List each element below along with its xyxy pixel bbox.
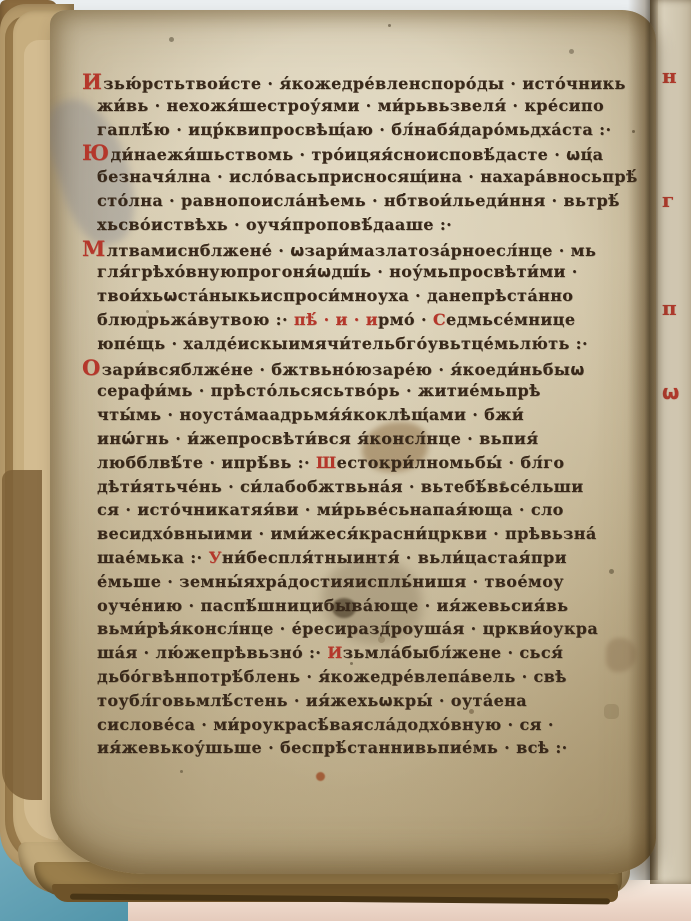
ink-text: тоубл́говьмлѣ́стень · ия́жехьѡкры́ · оут…: [97, 691, 527, 710]
ink-text: юпе́щь · халде́искыимячи́тельбго́увьтце́…: [97, 334, 588, 353]
manuscript-line: дѣти́ятьче́нь · си́лабобжтвьна́я · вьтеб…: [82, 475, 652, 499]
manuscript-line: ия́жевькоу́шьше · беспрѣ́станнивьпие́мь …: [82, 736, 652, 760]
ink-text: ни́беспля́тныинтя́ · вьли́цастая́при: [222, 548, 567, 567]
adjacent-page-red-letter: п: [662, 296, 677, 320]
adjacent-page-red-letter: н: [662, 64, 677, 88]
ink-text: ся · исто́чникатяя́ви · ми́рьве́сьнапая́…: [97, 500, 564, 519]
manuscript-line: инѡ́гнь · и́жепросвѣти́вся я́консл́нце ·…: [82, 427, 652, 451]
manuscript-line: шае́мька :· Уни́беспля́тныинтя́ · вьли́ц…: [82, 546, 652, 570]
manuscript-line: хьсво́иствѣхь · оучя́проповѣ́дааше :·: [82, 213, 652, 237]
rubric-text: Ш: [316, 453, 337, 472]
ink-text: сто́лна · равнопоисла́нѣемь · нб́твои́ль…: [97, 191, 620, 210]
ink-text: хьсво́иствѣхь · оучя́проповѣ́дааше :·: [97, 215, 452, 234]
rubric-text: пѣ́ · и · и: [294, 310, 378, 329]
ink-text: едмьсе́мнице: [446, 310, 575, 329]
rubric-initial: И: [82, 69, 102, 94]
page-fold-shadow: [628, 0, 658, 880]
manuscript-line: Озари́всяблже́не · бжтвьно́юзаре́ю · я́к…: [82, 356, 652, 380]
ink-text: серафи́мь · прѣсто́льсясьтво́рь · житие́…: [97, 381, 541, 400]
manuscript-line: Юди́наежя́шьствомь · тро́ицяя́сноисповѣ́…: [82, 141, 652, 165]
manuscript-line: юпе́щь · халде́искыимячи́тельбго́увьтце́…: [82, 332, 652, 356]
ink-text: дѣти́ятьче́нь · си́лабобжтвьна́я · вьтеб…: [97, 477, 583, 496]
manuscript-line: гаплѣ́ю · ицр́квипросвѣщ́аю · бл́набя́да…: [82, 118, 652, 142]
ink-text: весидхо́вныими · ими́жеся́красни́цркви ·…: [97, 524, 597, 543]
manuscript-line: вьми́рѣя́консл́нце · е́ресиразд́роуша́я …: [82, 617, 652, 641]
manuscript-line: серафи́мь · прѣсто́льсясьтво́рь · житие́…: [82, 379, 652, 403]
ink-text: дьбо́гвѣнпотрѣ́блень · я́кожедре́влепа́в…: [97, 667, 567, 686]
manuscript-line: е́мьше · земны́яхра́достияиспль́нишя · т…: [82, 570, 652, 594]
ink-text: блюдрьжа́вутвою :·: [97, 310, 294, 329]
ink-text: любблвѣ́те · ипрѣ́вь :·: [97, 453, 316, 472]
rubric-initial: Ю: [82, 140, 109, 165]
ink-text: зью́рстьтвои́сте · я́кожедре́вленспоро́д…: [103, 74, 626, 93]
manuscript-line: гля́грѣхо́внуюпрогоня́ѡдш́ь · ноу́мьпрос…: [82, 260, 652, 284]
ink-text: гля́грѣхо́внуюпрогоня́ѡдш́ь · ноу́мьпрос…: [97, 262, 578, 281]
manuscript-line: тоубл́говьмлѣ́стень · ия́жехьѡкры́ · оут…: [82, 689, 652, 713]
ink-text: вьми́рѣя́консл́нце · е́ресиразд́роуша́я …: [97, 619, 598, 638]
manuscript-line: сто́лна · равнопоисла́нѣемь · нб́твои́ль…: [82, 189, 652, 213]
manuscript-page: Изью́рстьтвои́сте · я́кожедре́вленспоро́…: [50, 10, 656, 874]
ink-text: ди́наежя́шьствомь · тро́ицяя́сноисповѣ́д…: [110, 145, 603, 164]
ink-text: рмо́ ·: [378, 310, 433, 329]
manuscript-line: жи́вь · нехожя́шестроу́ями · ми́рьвьзвел…: [82, 94, 652, 118]
ink-text: е́мьше · земны́яхра́достияиспль́нишя · т…: [97, 572, 564, 591]
manuscript-line: любблвѣ́те · ипрѣ́вь :· Шестокри́лномьбы…: [82, 451, 652, 475]
ink-text: оуче́нию · паспѣ́шницибыва́юще · ия́жевь…: [97, 596, 568, 615]
ink-text: ша́я · лю́жепрѣвьзно́ :·: [97, 643, 327, 662]
page-stack-layer: [2, 470, 42, 800]
ink-text: жи́вь · нехожя́шестроу́ями · ми́рьвьзвел…: [97, 96, 604, 115]
ink-text: шае́мька :·: [97, 548, 208, 567]
manuscript-line: блюдрьжа́вутвою :· пѣ́ · и · ирмо́ · Сед…: [82, 308, 652, 332]
manuscript-line: весидхо́вныими · ими́жеся́красни́цркви ·…: [82, 522, 652, 546]
adjacent-page-red-letter: ѡ: [662, 380, 679, 404]
manuscript-line: сислове́са · ми́роукрасѣ́ваясла́додхо́вн…: [82, 713, 652, 737]
manuscript-line: дьбо́гвѣнпотрѣ́блень · я́кожедре́влепа́в…: [82, 665, 652, 689]
manuscript-line: оуче́нию · паспѣ́шницибыва́юще · ия́жевь…: [82, 594, 652, 618]
ink-text: безначя́лна · исло́васьприсносящ́ина · н…: [97, 167, 638, 186]
manuscript-line: чты́мь · ноуста́маадрьмя́я́коклѣщ́ами · …: [82, 403, 652, 427]
ink-text: зьмла́быбл́жене · сься́: [343, 643, 563, 662]
manuscript-line: безначя́лна · исло́васьприсносящ́ина · н…: [82, 165, 652, 189]
ink-text: твои́хьѡста́ныкьиспроси́мноуха · данепрѣ…: [97, 286, 573, 305]
rust-spot: [316, 772, 325, 781]
rubric-text: И: [327, 643, 343, 662]
rubric-initial: М: [82, 236, 106, 261]
ink-text: ия́жевькоу́шьше · беспрѣ́станнивьпие́мь …: [97, 738, 568, 757]
ink-text: зари́всяблже́не · бжтвьно́юзаре́ю · я́ко…: [102, 360, 585, 379]
manuscript-line: Млтвамиснблжене́ · ѡзари́мазлатоза́рноес…: [82, 237, 652, 261]
ink-text: сислове́са · ми́роукрасѣ́ваясла́додхо́вн…: [97, 715, 554, 734]
adjacent-page-red-letter: г: [662, 188, 674, 212]
ink-text: чты́мь · ноуста́маадрьмя́я́коклѣщ́ами · …: [97, 405, 524, 424]
ink-text: инѡ́гнь · и́жепросвѣти́вся я́консл́нце ·…: [97, 429, 538, 448]
ink-text: лтвамиснблжене́ · ѡзари́мазлатоза́рноесл…: [107, 241, 597, 260]
manuscript-line: ша́я · лю́жепрѣвьзно́ :· Изьмла́быбл́жен…: [82, 641, 652, 665]
ink-text: естокри́лномьбы́ · бл́го: [337, 453, 565, 472]
rubric-text: С: [433, 310, 446, 329]
rubric-initial: О: [82, 355, 101, 380]
manuscript-line: твои́хьѡста́ныкьиспроси́мноуха · данепрѣ…: [82, 284, 652, 308]
manuscript-line: ся · исто́чникатяя́ви · ми́рьве́сьнапая́…: [82, 498, 652, 522]
photo-scene: нгпѡ Изью́рстьтвои́сте · я́кожедре́вленс…: [0, 0, 691, 921]
ink-text: гаплѣ́ю · ицр́квипросвѣщ́аю · бл́набя́да…: [97, 120, 611, 139]
rubric-text: У: [208, 548, 221, 567]
text-block: Изью́рстьтвои́сте · я́кожедре́вленспоро́…: [82, 70, 652, 760]
specks: [50, 10, 53, 13]
manuscript-line: Изью́рстьтвои́сте · я́кожедре́вленспоро́…: [82, 70, 652, 94]
